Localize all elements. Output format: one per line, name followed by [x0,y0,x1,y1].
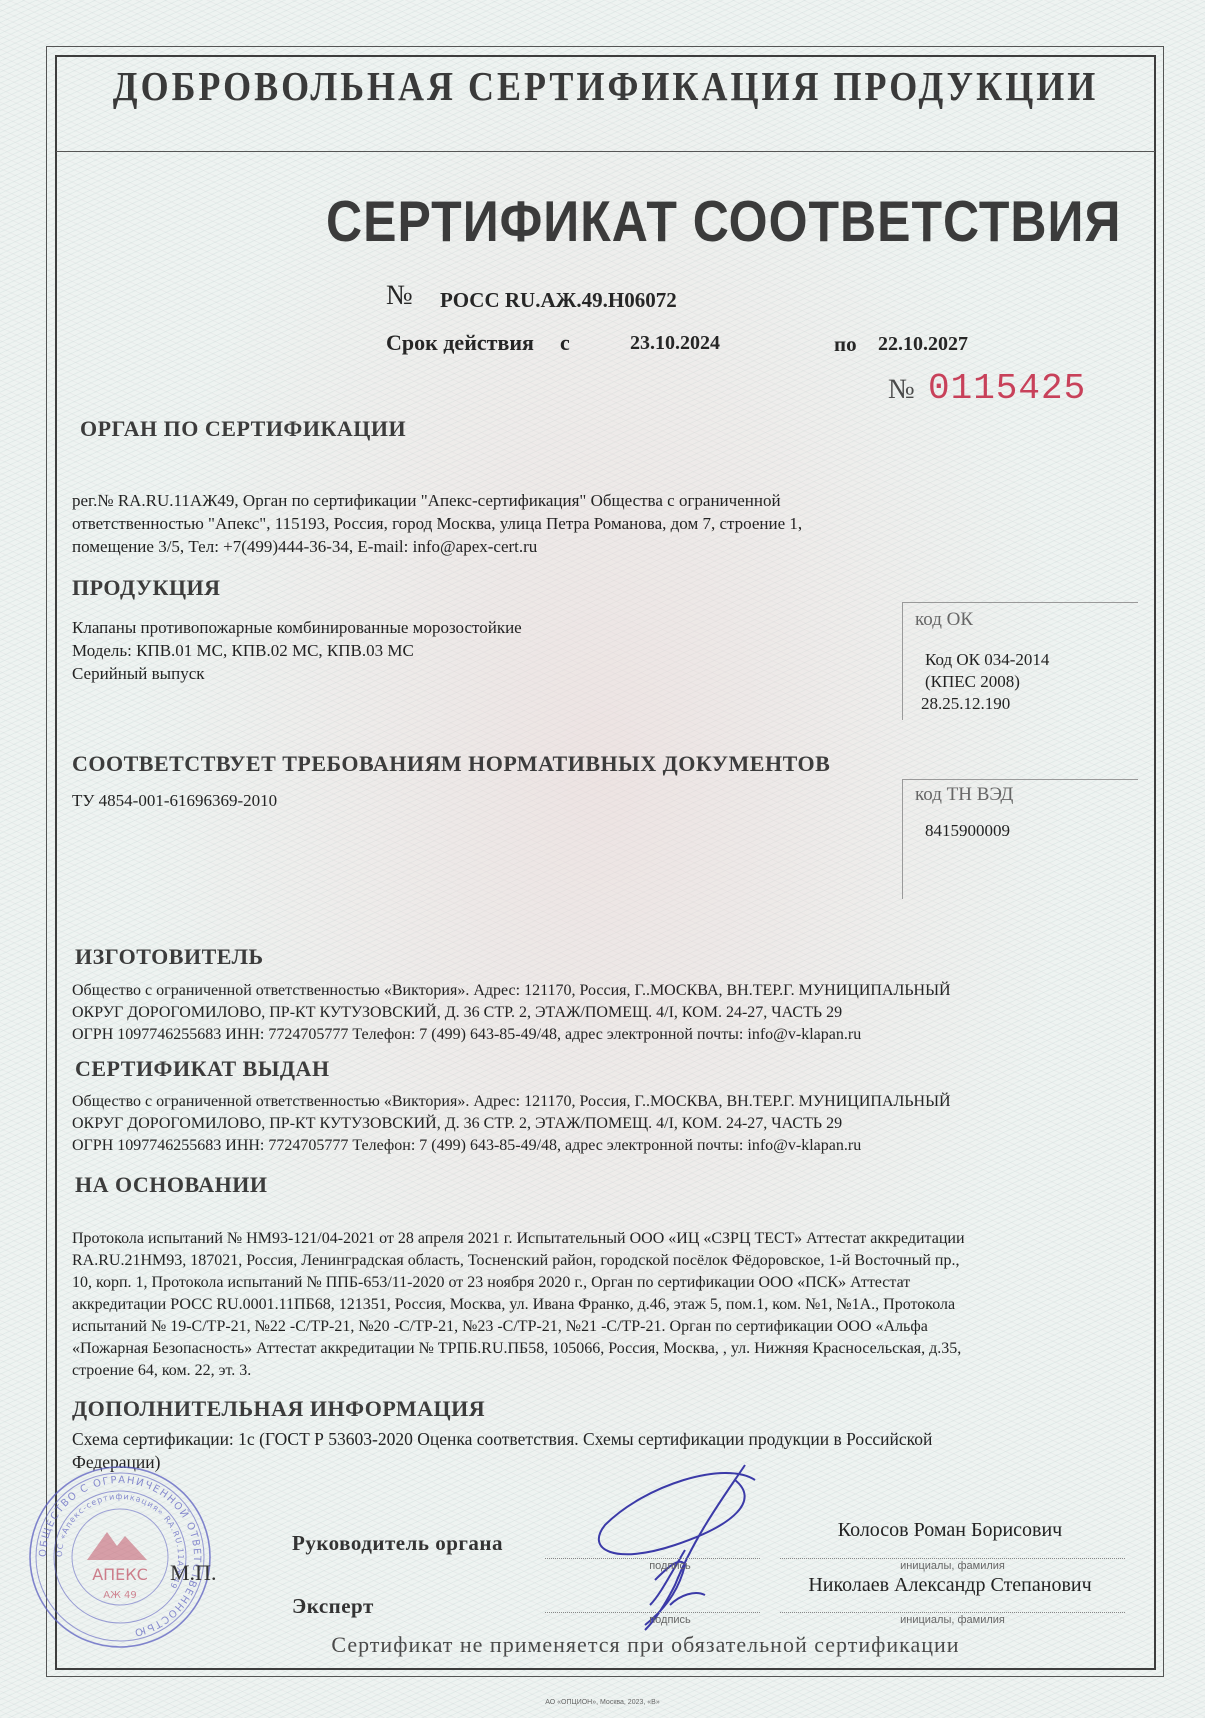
text-line: Клапаны противопожарные комбинированные … [72,616,872,639]
issued-to-details: Общество с ограниченной ответственностью… [72,1091,1152,1157]
header-separator [56,151,1155,152]
manufacturer-details: Общество с ограниченной ответственностью… [72,980,1152,1046]
certificate-number: РОСС RU.АЖ.49.Н06072 [440,288,677,313]
text-line: 28.25.12.190 [921,693,1049,715]
blank-serial-number: 0115425 [928,368,1086,409]
ok-code-box: код ОК Код ОК 034-2014 (КПЕС 2008) 28.25… [902,602,1138,720]
text-line: «Пожарная Безопасность» Аттестат аккреди… [72,1338,1162,1360]
expert-signature-caption: подпись [545,1614,795,1626]
text-line: 10, корп. 1, Протокола испытаний № ППБ-6… [72,1272,1162,1294]
expert-name: Николаев Александр Степанович [760,1574,1140,1597]
certification-body-heading: ОРГАН ПО СЕРТИФИКАЦИИ [80,416,406,442]
certification-body-details: рег.№ RA.RU.11АЖ49, Орган по сертификаци… [72,489,1132,558]
text-line: Общество с ограниченной ответственностью… [72,1091,1152,1113]
text-line: ОКРУГ ДОРОГОМИЛОВО, ПР-КТ КУТУЗОВСКИЙ, Д… [72,1113,1152,1135]
certificate-number-sign: № [386,280,413,312]
text-line: Общество с ограниченной ответственностью… [72,980,1152,1002]
certificate-title: СЕРТИФИКАТ СООТВЕТСТВИЯ [326,188,1121,255]
basis-details: Протокола испытаний № НМ93-121/04-2021 о… [72,1228,1162,1382]
text-line: ОГРН 1097746255683 ИНН: 7724705777 Телеф… [72,1135,1152,1157]
text-line: Код ОК 034-2014 [925,649,1049,671]
valid-from-date: 23.10.2024 [630,332,720,355]
expert-name-caption: инициалы, фамилия [780,1614,1125,1626]
expert-name-line [780,1612,1125,1613]
text-line: (КПЕС 2008) [925,671,1049,693]
product-details: Клапаны противопожарные комбинированные … [72,616,872,685]
head-name-caption: инициалы, фамилия [780,1560,1125,1572]
valid-to-date: 22.10.2027 [878,333,968,356]
expert-signature-line [545,1612,760,1613]
voluntary-certification-title: ДОБРОВОЛЬНАЯ СЕРТИФИКАЦИЯ ПРОДУКЦИИ [56,62,1155,110]
issued-to-heading: СЕРТИФИКАТ ВЫДАН [75,1056,330,1082]
head-name: Колосов Роман Борисович [775,1519,1125,1542]
blank-number-sign: № [888,374,915,406]
basis-heading: НА ОСНОВАНИИ [75,1172,268,1198]
additional-info-heading: ДОПОЛНИТЕЛЬНАЯ ИНФОРМАЦИЯ [72,1396,485,1422]
text-line: Серийный выпуск [72,662,872,685]
head-signature-line [545,1558,760,1559]
svg-text:АПЕКС: АПЕКС [92,1565,148,1584]
tnved-code-box: код ТН ВЭД 8415900009 [902,779,1138,899]
normative-document: ТУ 4854-001-61696369-2010 [72,789,277,812]
text-line: аккредитации РОСС RU.0001.11ПБ68, 121351… [72,1294,1162,1316]
text-line: Схема сертификации: 1с (ГОСТ Р 53603-202… [72,1428,1162,1451]
text-line: ОГРН 1097746255683 ИНН: 7724705777 Телеф… [72,1024,1152,1046]
validity-label: Срок действия [386,330,534,356]
voluntary-only-note: Сертификат не применяется при обязательн… [56,1632,1155,1658]
text-line: испытаний № 19-С/ТР-21, №22 -С/ТР-21, №2… [72,1316,1162,1338]
head-role-label: Руководитель органа [292,1531,503,1556]
text-line: ответственностью "Апекс", 115193, Россия… [72,512,1132,535]
svg-text:АЖ 49: АЖ 49 [103,1590,137,1601]
text-line: помещение 3/5, Тел: +7(499)444-36-34, E-… [72,535,1132,558]
seal-place-label: М.П. [170,1560,216,1586]
head-signature-caption: подпись [545,1560,795,1572]
tnved-code-value: 8415900009 [925,820,1010,842]
printer-imprint: АО «ОПЦИОН», Москва, 2023, «В» [0,1699,1205,1706]
product-heading: ПРОДУКЦИЯ [72,575,221,601]
head-name-line [780,1558,1125,1559]
ok-code-value: Код ОК 034-2014 (КПЕС 2008) 28.25.12.190 [925,649,1049,715]
text-line: рег.№ RA.RU.11АЖ49, Орган по сертификаци… [72,489,1132,512]
text-line: Протокола испытаний № НМ93-121/04-2021 о… [72,1228,1162,1250]
manufacturer-heading: ИЗГОТОВИТЕЛЬ [75,944,264,970]
tnved-code-label: код ТН ВЭД [915,784,1013,806]
text-line: строение 64, ком. 22, эт. 3. [72,1360,1162,1382]
text-line: ОКРУГ ДОРОГОМИЛОВО, ПР-КТ КУТУЗОВСКИЙ, Д… [72,1002,1152,1024]
text-line: RA.RU.21НМ93, 187021, Россия, Ленинградс… [72,1250,1162,1272]
ok-code-label: код ОК [915,609,973,631]
valid-to-prefix: по [834,332,857,357]
seal-stamp-icon: ОБЩЕСТВО С ОГРАНИЧЕННОЙ ОТВЕТСТВЕННОСТЬЮ… [25,1462,215,1652]
valid-from-prefix: с [560,330,570,356]
conformity-heading: СООТВЕТСТВУЕТ ТРЕБОВАНИЯМ НОРМАТИВНЫХ ДО… [72,751,830,777]
text-line: Модель: КПВ.01 МС, КПВ.02 МС, КПВ.03 МС [72,639,872,662]
expert-role-label: Эксперт [292,1594,374,1619]
